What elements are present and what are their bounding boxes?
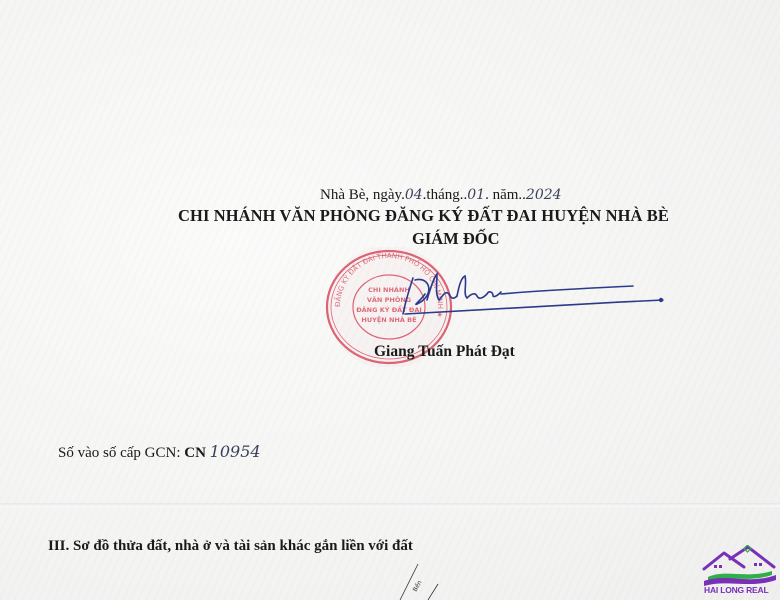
- date-month: 01: [467, 187, 485, 203]
- page-fold: [0, 503, 780, 507]
- position-title: GIÁM ĐỐC: [412, 229, 500, 249]
- registration-number: 10954: [210, 442, 261, 461]
- registration-prefix: CN: [184, 445, 206, 461]
- plot-diagram-fragment: Bến: [380, 560, 440, 600]
- signature-icon: [395, 270, 670, 325]
- date-month-label: tháng: [426, 187, 459, 203]
- section-heading: III. Sơ đồ thửa đất, nhà ở và tài sản kh…: [48, 538, 413, 555]
- plot-label: Bến: [412, 579, 424, 593]
- date-day: 04: [405, 187, 423, 203]
- date-year-label: năm: [493, 187, 519, 203]
- date-prefix: Nhà Bè, ngày: [320, 187, 401, 203]
- signer-name: Giang Tuấn Phát Đạt: [374, 343, 515, 361]
- date-year: 2024: [526, 187, 562, 203]
- registration-label: Số vào số cấp GCN:: [58, 445, 181, 461]
- watermark-brand: HAI LONG REAL: [704, 585, 768, 595]
- issue-date-line: Nhà Bè, ngày.04.tháng..01. năm..2024: [320, 187, 562, 204]
- certificate-registration-number: Số vào số cấp GCN: CN 10954: [58, 442, 261, 462]
- issuing-organization: CHI NHÁNH VĂN PHÒNG ĐĂNG KÝ ĐẤT ĐAI HUYỆ…: [178, 206, 669, 226]
